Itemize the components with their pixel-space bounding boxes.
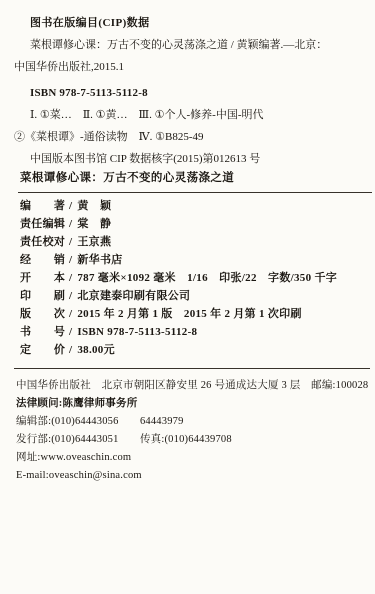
row-label: 责任校对 [20, 233, 67, 251]
row-value: 北京建泰印刷有限公司 [77, 290, 190, 302]
row-label: 责任编辑 [20, 215, 67, 233]
book-copyright-page: 图书在版编目(CIP)数据 菜根谭修心课：万古不变的心灵荡涤之道 / 黄颖编著.… [0, 0, 375, 594]
cip-block: 图书在版编目(CIP)数据 菜根谭修心课：万古不变的心灵荡涤之道 / 黄颖编著.… [0, 0, 375, 170]
cip-description-line-2: 中国华侨出版社,2015.1 [14, 56, 361, 78]
cip-classification-line-2: ②《菜根谭》-通俗读物 Ⅳ. ①B825-49 [14, 126, 361, 148]
divider-top [18, 192, 372, 193]
row-separator: / [69, 218, 72, 230]
row-label: 开 本 [20, 269, 67, 287]
row-separator: / [69, 290, 72, 302]
row-label: 印 刷 [20, 287, 67, 305]
colophon-row-distributor: 经 销/新华书店 [20, 251, 375, 269]
colophon-row-edition: 版 次/2015 年 2 月第 1 版 2015 年 2 月第 1 次印刷 [20, 305, 375, 323]
row-separator: / [69, 254, 72, 266]
colophon-row-proofreader: 责任校对/王京燕 [20, 233, 375, 251]
row-label: 经 销 [20, 251, 67, 269]
colophon-row-format: 开 本/787 毫米×1092 毫米 1/16 印张/22 字数/350 千字 [20, 269, 375, 287]
cip-record-number-line: 中国版本图书馆 CIP 数据核字(2015)第012613 号 [14, 148, 361, 170]
publisher-address-line: 中国华侨出版社 北京市朝阳区静安里 26 号通成达大厦 3 层 邮编:10002… [16, 377, 375, 395]
colophon-row-isbn: 书 号/ISBN 978-7-5113-5112-8 [20, 323, 375, 341]
row-value: 新华书店 [77, 254, 122, 266]
row-label: 版 次 [20, 305, 67, 323]
row-separator: / [69, 236, 72, 248]
colophon-row-price: 定 价/38.00元 [20, 341, 375, 359]
colophon-rows: 编 著/黄 颖 责任编辑/棠 静 责任校对/王京燕 经 销/新华书店 开 本/7… [20, 197, 375, 359]
row-separator: / [69, 308, 72, 320]
legal-counsel-line: 法律顾问:陈鹰律师事务所 [16, 395, 375, 413]
colophon-row-printer: 印 刷/北京建泰印刷有限公司 [20, 287, 375, 305]
row-value: 王京燕 [77, 236, 111, 248]
row-value: 黄 颖 [77, 200, 111, 212]
row-label: 编 著 [20, 197, 67, 215]
row-value: 38.00元 [77, 344, 115, 356]
cip-heading: 图书在版编目(CIP)数据 [14, 12, 361, 34]
email-line: E-mail:oveaschin@sina.com [16, 467, 375, 485]
distribution-phone-line: 发行部:(010)64443051 传真:(010)64439708 [16, 431, 375, 449]
cip-description-line-1: 菜根谭修心课：万古不变的心灵荡涤之道 / 黄颖编著.—北京： [14, 34, 361, 56]
colophon-row-editor: 编 著/黄 颖 [20, 197, 375, 215]
website-line: 网址:www.oveaschin.com [16, 449, 375, 467]
cip-classification-line-1: Ⅰ. ①菜… Ⅱ. ①黄… Ⅲ. ①个人-修养-中国-明代 [14, 104, 361, 126]
row-separator: / [69, 344, 72, 356]
row-separator: / [69, 326, 72, 338]
row-value: 棠 静 [77, 218, 111, 230]
row-value: ISBN 978-7-5113-5112-8 [77, 326, 197, 338]
row-value: 787 毫米×1092 毫米 1/16 印张/22 字数/350 千字 [77, 272, 337, 284]
colophon-row-responsible-editor: 责任编辑/棠 静 [20, 215, 375, 233]
book-title: 菜根谭修心课：万古不变的心灵荡涤之道 [20, 170, 375, 187]
row-value: 2015 年 2 月第 1 版 2015 年 2 月第 1 次印刷 [77, 308, 301, 320]
row-label: 书 号 [20, 323, 67, 341]
cip-isbn-line: ISBN 978-7-5113-5112-8 [14, 82, 361, 104]
divider-bottom [14, 368, 370, 369]
row-label: 定 价 [20, 341, 67, 359]
colophon-block: 菜根谭修心课：万古不变的心灵荡涤之道 编 著/黄 颖 责任编辑/棠 静 责任校对… [0, 170, 375, 369]
row-separator: / [69, 272, 72, 284]
row-separator: / [69, 200, 72, 212]
editorial-phone-line: 编辑部:(010)64443056 64443979 [16, 413, 375, 431]
publisher-contact-block: 中国华侨出版社 北京市朝阳区静安里 26 号通成达大厦 3 层 邮编:10002… [0, 377, 375, 485]
